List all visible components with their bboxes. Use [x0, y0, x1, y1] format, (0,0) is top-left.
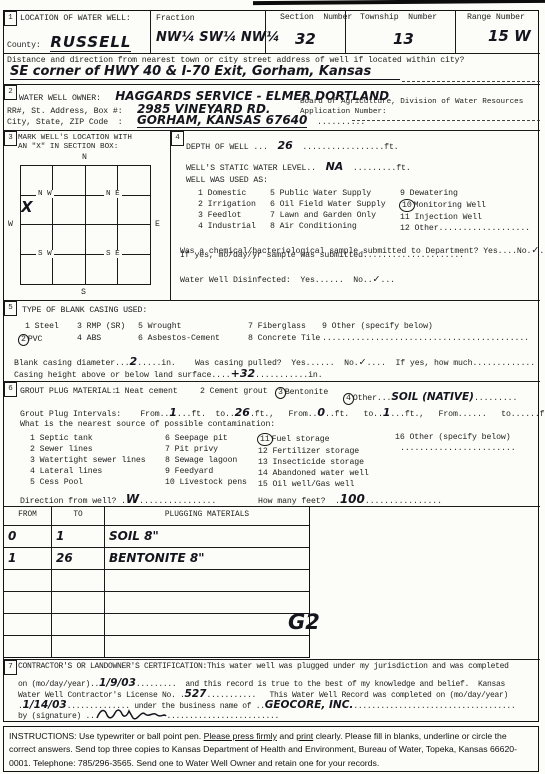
contamination-other-dots: ........................ — [400, 444, 516, 454]
well-used-as-title: WELL WAS USED AS: — [186, 176, 268, 186]
contamination-option: 10 Livestock pens — [165, 477, 247, 488]
circled-11: 11 — [257, 433, 273, 446]
interval2-from: 0 — [317, 406, 325, 419]
table-row — [4, 569, 309, 591]
quadrant-nw-label: N W — [36, 190, 54, 198]
quadrant-se-label: S E — [104, 250, 122, 258]
township-number-value: 13 — [393, 30, 414, 48]
casing-height-label: Casing height above or below land surfac… — [14, 371, 231, 380]
table-row — [4, 613, 309, 635]
depth-label: DEPTH OF WELL ... — [186, 143, 268, 152]
direction-from-well-label: Direction from well? . — [20, 497, 126, 506]
circled-10: 10 — [399, 199, 415, 212]
casing-option-other: 9 Other (specify below) — [322, 322, 433, 332]
section-5-number: 5 — [4, 301, 17, 316]
col-header-materials: PLUGGING MATERIALS — [105, 506, 309, 525]
section-grid-cell — [53, 225, 85, 255]
grout-option: 1 Neat cement — [115, 387, 178, 397]
col-header-to: TO — [52, 506, 105, 525]
section-7-number: 7 — [4, 660, 17, 675]
scan-artifact-bar — [253, 0, 545, 5]
section-1-title: LOCATION OF WATER WELL: — [20, 14, 131, 24]
contamination-option-fuel-circled: 11Fuel storage — [258, 433, 369, 446]
casing-option-pvc-circled: 2PVC — [19, 334, 42, 346]
section-1-number: 1 — [4, 11, 17, 26]
instructions-text: INSTRUCTIONS: Use typewriter or ball poi… — [9, 731, 204, 741]
contamination-option: 13 Insecticide storage — [258, 457, 369, 468]
use-option: 11 Injection Well — [400, 212, 530, 223]
plugging-materials-table: FROM TO PLUGGING MATERIALS 0 1 SOIL 8" 1… — [3, 506, 310, 658]
township-number-label: Township Number — [360, 13, 437, 23]
grout-intervals-label: Grout Plug Intervals: From.. — [20, 410, 169, 419]
use-option: 6 Oil Field Water Supply — [270, 199, 386, 210]
casing-option: 1 Steel — [25, 322, 59, 332]
use-option: 2 Irrigation — [198, 199, 256, 210]
section-number-value: 32 — [295, 30, 316, 48]
divider — [170, 130, 171, 300]
casing-option: 4 ABS — [77, 334, 101, 344]
quadrant-ne-label: N E — [104, 190, 122, 198]
divider — [3, 381, 540, 382]
sample-date-question: If yes, mo/day/yr sample was submitted..… — [180, 251, 464, 261]
use-option: 5 Public Water Supply — [270, 188, 386, 199]
casing-height-value: +32 — [231, 367, 256, 380]
contamination-option: 1 Septic tank — [30, 433, 146, 444]
divider — [150, 10, 151, 53]
compass-north-label: N — [82, 153, 87, 163]
disinfected-question: Water Well Disinfected: Yes...... No.. — [180, 276, 373, 285]
scanned-water-well-plugging-form: 1 LOCATION OF WATER WELL: County: RUSSEL… — [0, 0, 545, 774]
table-row: 0 1 SOIL 8" — [4, 525, 309, 547]
static-level-label: WELL'S STATIC WATER LEVEL.. — [186, 164, 316, 173]
range-number-value: 15 W — [488, 27, 531, 45]
range-number-label: Range Number — [467, 13, 525, 23]
grout-other-value: SOIL (NATIVE) — [391, 391, 474, 403]
divider — [3, 659, 540, 660]
interval1-to: 26 — [235, 406, 250, 419]
contamination-option: 7 Pit privy — [165, 444, 247, 455]
section-grid-cell — [86, 255, 118, 285]
county-label: County: — [7, 41, 41, 50]
casing-option: 3 RMP (SR) — [77, 322, 125, 332]
section-3-number: 3 — [4, 131, 17, 146]
divider — [3, 53, 540, 54]
table-row — [4, 591, 309, 613]
use-option: 8 Air Conditioning — [270, 221, 386, 232]
table-header-row: FROM TO PLUGGING MATERIALS — [4, 506, 309, 525]
compass-west-label: W — [8, 220, 13, 230]
casing-option: 7 Fiberglass — [248, 322, 306, 332]
board-of-agriculture-text: Board of Agriculture, Division of Water … — [300, 98, 523, 107]
contamination-option: 3 Watertight sewer lines — [30, 455, 146, 466]
casing-option: 5 Wrought — [138, 322, 181, 332]
col-header-from: FROM — [4, 506, 52, 525]
certification-line-1: CONTRACTOR'S OR LANDOWNER'S CERTIFICATIO… — [18, 662, 509, 673]
divider — [455, 10, 456, 53]
section-grid-cell — [118, 166, 150, 196]
how-many-feet-label: How many feet? . — [258, 497, 340, 506]
mark-location-title-2: AN "X" IN SECTION BOX: — [18, 143, 118, 152]
use-option: 3 Feedlot — [198, 210, 256, 221]
contamination-option: 4 Lateral lines — [30, 466, 146, 477]
section-grid-cell — [53, 166, 85, 196]
other-specify-dots: ........................................… — [322, 334, 529, 344]
interval1-from: 1 — [169, 406, 177, 419]
divider — [3, 300, 540, 301]
no-checkmark: ✓ — [373, 274, 381, 285]
section-6-number: 6 — [4, 382, 17, 397]
section-2-number: 2 — [4, 85, 17, 100]
direction-from-well-value: W — [126, 492, 139, 506]
divider — [3, 130, 540, 131]
contamination-option: 8 Sewage lagoon — [165, 455, 247, 466]
contamination-question: What is the nearest source of possible c… — [20, 420, 275, 430]
signature-scribble — [95, 706, 167, 722]
contamination-option: 2 Sewer lines — [30, 444, 146, 455]
instructions-underlined-press-firmly: Please press firmly — [204, 731, 277, 741]
table-row: 1 26 BENTONITE 8" — [4, 547, 309, 569]
section-grid-cell — [21, 255, 53, 285]
depth-value: 26 — [277, 139, 292, 152]
table-row — [4, 635, 309, 657]
fraction-label: Fraction — [156, 14, 195, 24]
grout-option-other-circled: 4Other... — [344, 394, 391, 403]
well-location-x-mark: X — [21, 198, 33, 216]
how-many-feet-value: 100 — [340, 492, 365, 506]
casing-option: 8 Concrete Tile — [248, 334, 320, 344]
use-option-monitoring-circled: 10Monitoring Well — [400, 199, 530, 212]
use-option: 4 Industrial — [198, 221, 256, 232]
fraction-value: NW¼ SW¼ NW¼ — [156, 30, 280, 45]
casing-option: 6 Asbestos-Cement — [138, 334, 220, 344]
section-grid-cell — [86, 196, 118, 226]
contamination-option: 14 Abandoned water well — [258, 468, 369, 479]
casing-title: TYPE OF BLANK CASING USED: — [22, 306, 147, 316]
no-checkmark: ✓ — [359, 357, 367, 368]
contamination-option: 12 Fertilizer storage — [258, 446, 369, 457]
contamination-option: 15 Oil well/Gas well — [258, 479, 369, 490]
compass-east-label: E — [155, 220, 160, 230]
section-grid-cell — [118, 196, 150, 226]
grout-option-bentonite-circled: 3Bentonite — [276, 387, 328, 399]
contamination-option: 6 Seepage pit — [165, 433, 247, 444]
section-grid-cell — [118, 255, 150, 285]
city-state-zip-value: GORHAM, KANSAS 67640 — [137, 113, 307, 128]
use-option: 7 Lawn and Garden Only — [270, 210, 386, 221]
distance-answer: SE corner of HWY 40 & I-70 Exit, Gorham,… — [10, 64, 400, 80]
use-option: 12 Other................... — [400, 223, 530, 234]
g2-handwritten-note: G2 — [288, 610, 320, 634]
compass-south-label: S — [81, 288, 86, 298]
city-state-zip-label: City, State, ZIP Code : — [7, 118, 127, 127]
divider — [3, 84, 540, 85]
section-4-number: 4 — [171, 131, 184, 146]
instructions-box: INSTRUCTIONS: Use typewriter or ball poi… — [3, 726, 539, 772]
use-option: 1 Domestic — [198, 188, 256, 199]
section-location-grid — [20, 165, 151, 285]
section-grid-cell — [53, 255, 85, 285]
static-level-dots: .........ft. — [353, 164, 411, 173]
static-level-value: NA — [326, 160, 344, 173]
divider — [402, 81, 540, 82]
contamination-option-other: 16 Other (specify below) — [395, 433, 511, 443]
contamination-option: 5 Cess Pool — [30, 477, 146, 488]
contamination-option: 9 Feedyard — [165, 466, 247, 477]
grout-option: 2 Cement grout — [200, 387, 267, 397]
section-grid-cell — [53, 196, 85, 226]
grout-material-label: GROUT PLUG MATERIAL: — [20, 387, 116, 397]
section-grid-cell — [118, 225, 150, 255]
divider — [352, 120, 540, 121]
instructions-underlined-print: print — [296, 731, 313, 741]
use-option: 9 Dewatering — [400, 188, 530, 199]
signature-label: by (signature) .. — [18, 712, 95, 721]
depth-dots: .................ft. — [302, 143, 398, 152]
section-number-label: Section Number — [280, 13, 352, 23]
quadrant-sw-label: S W — [36, 250, 54, 258]
county-value: RUSSELL — [50, 33, 131, 52]
